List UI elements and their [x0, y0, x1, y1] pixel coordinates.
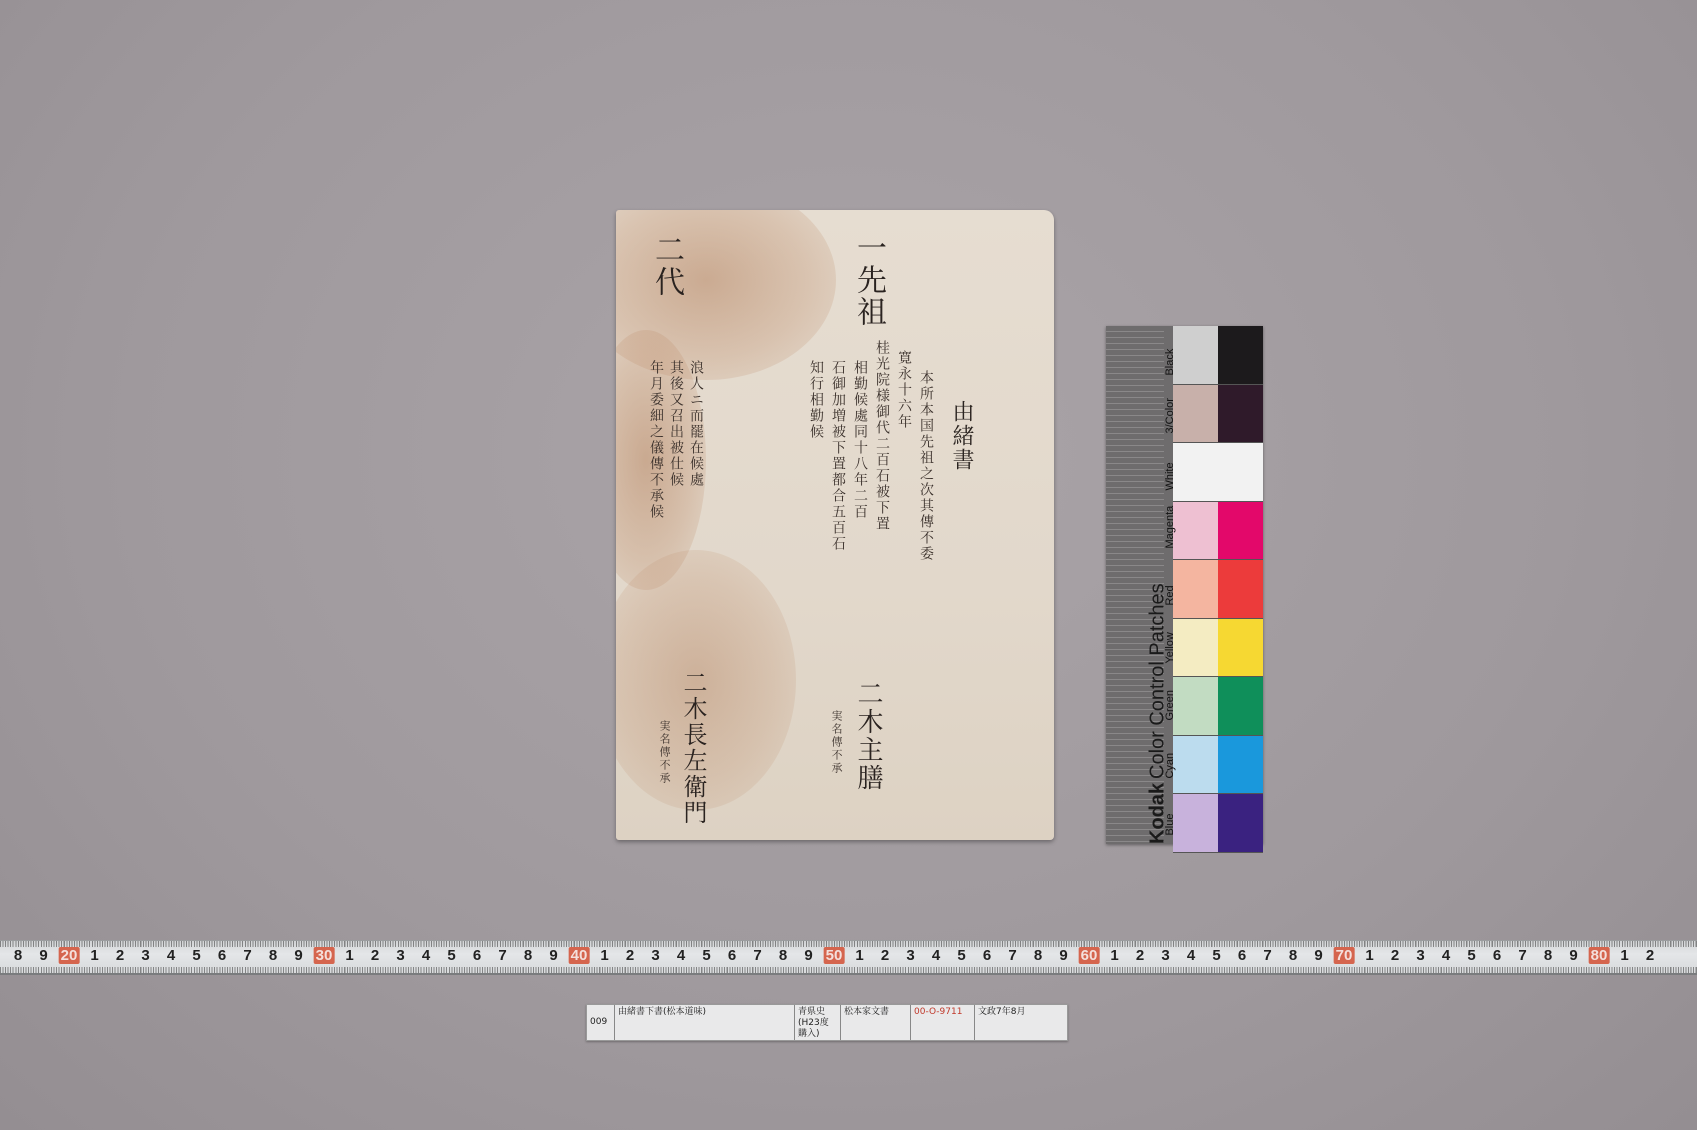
left-line: 浪人ニ而罷在候處 [686, 360, 706, 488]
label-source: 青県史(H23度購入) [795, 1005, 841, 1040]
ruler-number: 3 [141, 947, 149, 964]
ruler-number: 3 [906, 947, 914, 964]
ruler-number: 8 [524, 947, 532, 964]
ruler-number: 4 [1187, 947, 1195, 964]
archival-document: 二代 一先祖 由緒書 本所本国先祖之次其傳不委 寛永十六年 桂光院様御代二百石被… [616, 210, 1054, 840]
ruler-number: 80 [1589, 947, 1610, 964]
patch-white [1173, 443, 1263, 502]
ruler-number: 1 [1365, 947, 1373, 964]
ruler-number: 40 [569, 947, 590, 964]
ruler-number: 5 [192, 947, 200, 964]
patch-name: Red [1164, 564, 1178, 606]
ruler-number: 4 [422, 947, 430, 964]
heading-second-generation: 二代 [644, 234, 688, 298]
patch-3-color-dark [1218, 385, 1263, 444]
ruler-number: 2 [881, 947, 889, 964]
ruler-number: 30 [314, 947, 335, 964]
ruler-number: 2 [116, 947, 124, 964]
left-line: 年月委細之儀傳不承候 [646, 360, 666, 520]
patch-magenta-dark [1218, 502, 1263, 561]
document-title: 由緒書 [946, 400, 977, 472]
ruler-number: 6 [1238, 947, 1246, 964]
patch-cyan-light [1173, 736, 1218, 795]
ruler-number: 9 [1059, 947, 1067, 964]
patch-name: Yellow [1164, 622, 1178, 664]
left-line: 其後又召出被仕候 [666, 360, 686, 488]
ruler-number: 70 [1334, 947, 1355, 964]
ruler-number: 3 [651, 947, 659, 964]
ruler-number: 20 [59, 947, 80, 964]
heading-ancestor: 一先祖 [846, 232, 890, 328]
ruler-number: 1 [855, 947, 863, 964]
ruler-number: 3 [1161, 947, 1169, 964]
label-collection: 松本家文書 [841, 1005, 911, 1040]
ruler-number: 5 [957, 947, 965, 964]
patch-yellow-dark [1218, 619, 1263, 678]
ruler-number: 4 [1442, 947, 1450, 964]
patch-name: Magenta [1164, 507, 1178, 549]
signature-left-note: 実名傳不承 [656, 720, 672, 785]
patch-yellow-light [1173, 619, 1218, 678]
ruler-number: 9 [804, 947, 812, 964]
ruler-number: 6 [218, 947, 226, 964]
ruler-number: 6 [728, 947, 736, 964]
ruler-number: 7 [1008, 947, 1016, 964]
patch-red-dark [1218, 560, 1263, 619]
patch-green-dark [1218, 677, 1263, 736]
ruler-number: 8 [14, 947, 22, 964]
catalog-label: 009 由緒書下書(松本道味) 青県史(H23度購入) 松本家文書 00-O-9… [586, 1004, 1068, 1041]
ruler-number: 7 [753, 947, 761, 964]
patch-name: Green [1164, 679, 1178, 721]
label-date: 文政7年8月 [975, 1005, 1067, 1040]
patch-blue-dark [1218, 794, 1263, 853]
label-number: 009 [587, 1005, 615, 1040]
body-line: 相勤候處同十八年二百 [850, 360, 870, 520]
ruler-number: 4 [932, 947, 940, 964]
patch-name: Blue [1164, 794, 1178, 836]
ruler-number: 5 [1212, 947, 1220, 964]
patch-name: Cyan [1164, 737, 1178, 779]
patch-black-light [1173, 326, 1218, 385]
ruler-number: 1 [1110, 947, 1118, 964]
ruler-number: 9 [294, 947, 302, 964]
signature-left: 二木長左衛門 [676, 670, 711, 826]
patch-3-color-light [1173, 385, 1218, 444]
signature-right: 二木主膳 [850, 680, 887, 792]
ruler-number: 2 [1136, 947, 1144, 964]
ruler-number: 8 [269, 947, 277, 964]
patch-magenta-light [1173, 502, 1218, 561]
label-id: 00-O-9711 [911, 1005, 975, 1040]
patch-green-light [1173, 677, 1218, 736]
patch-red-light [1173, 560, 1218, 619]
ruler-number: 1 [345, 947, 353, 964]
ruler-number: 9 [1569, 947, 1577, 964]
patch-name: White [1164, 449, 1178, 491]
ruler-number: 5 [1467, 947, 1475, 964]
patch-blue-light [1173, 794, 1218, 853]
ruler-number: 9 [1314, 947, 1322, 964]
body-line: 本所本国先祖之次其傳不委 [916, 370, 936, 562]
kodak-color-target: Kodak Color Control Patches Black3/Color… [1106, 326, 1263, 844]
ruler-number: 1 [1620, 947, 1628, 964]
signature-right-note: 実名傳不承 [828, 710, 844, 775]
ruler-number: 9 [549, 947, 557, 964]
body-line: 桂光院様御代二百石被下置 [872, 340, 892, 532]
ruler-number: 3 [1416, 947, 1424, 964]
ruler-number: 5 [702, 947, 710, 964]
ruler-number: 50 [824, 947, 845, 964]
ruler-number: 8 [1289, 947, 1297, 964]
body-line: 知行相勤候 [806, 360, 826, 440]
patch-cyan-dark [1218, 736, 1263, 795]
ruler-number: 7 [243, 947, 251, 964]
ruler-number: 6 [983, 947, 991, 964]
ruler-number: 6 [473, 947, 481, 964]
ruler-number: 8 [1544, 947, 1552, 964]
ruler-number: 8 [1034, 947, 1042, 964]
ruler-number: 7 [1263, 947, 1271, 964]
ruler-number: 5 [447, 947, 455, 964]
patch-black-dark [1218, 326, 1263, 385]
color-patches [1173, 326, 1263, 844]
body-line: 石御加増被下置都合五百石 [828, 360, 848, 552]
patch-name: Black [1164, 334, 1178, 376]
patch-name: 3/Color [1164, 392, 1178, 434]
ruler-number: 2 [626, 947, 634, 964]
body-line: 寛永十六年 [894, 350, 914, 430]
ruler-number: 8 [779, 947, 787, 964]
ruler-number: 7 [498, 947, 506, 964]
ruler-number: 2 [1646, 947, 1654, 964]
ruler-number: 2 [371, 947, 379, 964]
ruler-number: 1 [90, 947, 98, 964]
measuring-tape: 8920123456789301234567894012345678950123… [0, 940, 1697, 975]
ruler-number: 4 [167, 947, 175, 964]
ruler-number: 6 [1493, 947, 1501, 964]
ruler-number: 9 [39, 947, 47, 964]
ruler-number: 4 [677, 947, 685, 964]
ruler-number: 2 [1391, 947, 1399, 964]
ruler-number: 60 [1079, 947, 1100, 964]
ruler-number: 1 [600, 947, 608, 964]
ruler-number: 7 [1518, 947, 1526, 964]
ruler-number: 3 [396, 947, 404, 964]
label-title: 由緒書下書(松本道味) [615, 1005, 795, 1040]
